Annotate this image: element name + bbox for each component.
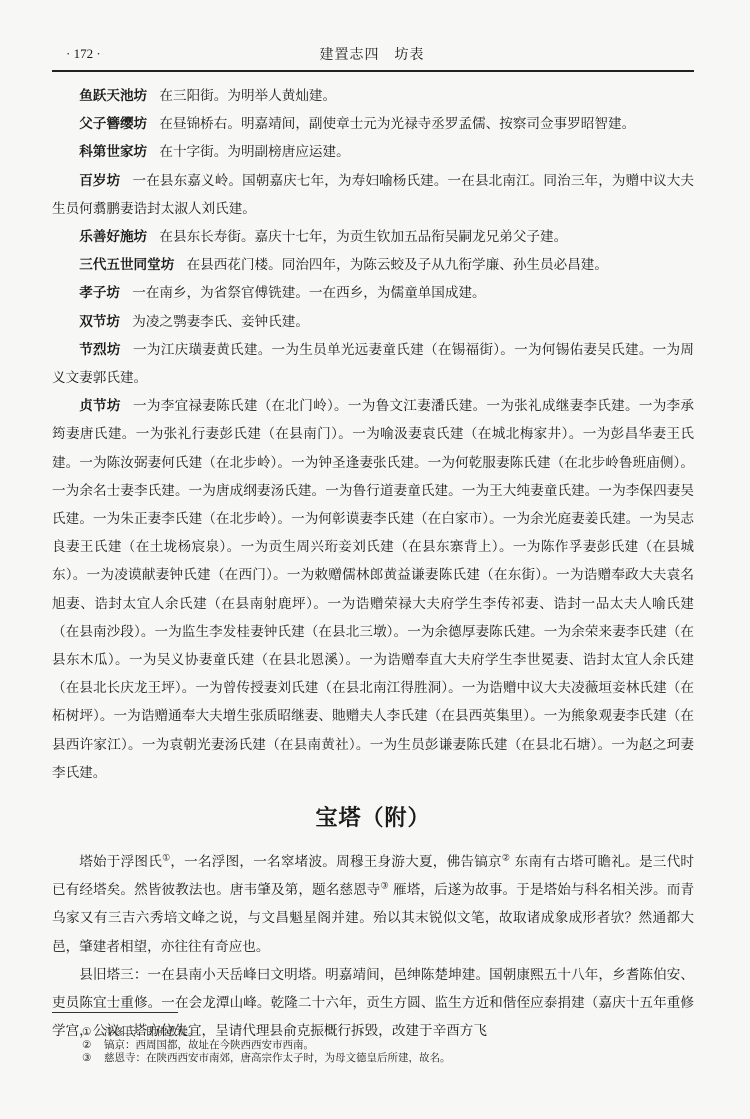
paragraph-text: ，一名浮图，一名窣堵波。周穆王身游大夏，佛告镐京 <box>170 854 501 870</box>
footnote-reference: ② <box>502 854 510 864</box>
running-title: 建置志四 坊表 <box>52 44 692 64</box>
footnote-text: 慈恩寺：在陕西西安市南郊，唐高宗作太子时，为母文德皇后所建，故名。 <box>104 1052 451 1065</box>
entry: 乐善好施坊在县东长寿街。嘉庆十七年，为贡生钦加五品衔吴嗣龙兄弟父子建。 <box>52 223 694 251</box>
entry: 双节坊为凌之鹗妻李氏、妾钟氏建。 <box>52 308 694 336</box>
footnote-rule <box>52 1012 178 1013</box>
entry-text: 一为李宜禄妻陈氏建（在北门岭）。一为鲁文江妻潘氏建。一为张礼成继妻李氏建。一为李… <box>52 398 694 781</box>
entry: 节烈坊一为江庆璜妻黄氏建。一为生员单光远妻童氏建（在锡福街）。一为何锡佑妻吴氏建… <box>52 336 694 392</box>
entry-text: 一在南乡，为省祭官傅铣建。一在西乡，为儒童单国成建。 <box>132 285 485 301</box>
entry-text: 一在县东嘉义岭。国朝嘉庆七年，为寿妇喻杨氏建。一在县北南江。同治三年，为赠中议大… <box>52 173 694 217</box>
footnote-text: 浮图氏：即佛教徒。 <box>104 1026 199 1039</box>
entry-term: 鱼跃天池坊 <box>79 88 147 104</box>
entry-text: 一为江庆璜妻黄氏建。一为生员单光远妻童氏建（在锡福街）。一为何锡佑妻吴氏建。一为… <box>52 342 694 386</box>
entry-term: 乐善好施坊 <box>79 229 147 245</box>
entry: 父子簪缨坊在昼锦桥右。明嘉靖间，副使章士元为光禄寺丞罗孟儒、按察司佥事罗昭智建。 <box>52 110 694 138</box>
footnote-mark: ① <box>82 1026 104 1039</box>
footnote: ③慈恩寺：在陕西西安市南郊，唐高宗作太子时，为母文德皇后所建，故名。 <box>82 1052 642 1065</box>
entry-list: 鱼跃天池坊在三阳街。为明举人黄灿建。 父子簪缨坊在昼锦桥右。明嘉靖间，副使章士元… <box>52 82 694 787</box>
entry: 科第世家坊在十字街。为明副榜唐应运建。 <box>52 138 694 166</box>
entry-term: 孝子坊 <box>79 285 120 301</box>
entry: 鱼跃天池坊在三阳街。为明举人黄灿建。 <box>52 82 694 110</box>
footnote: ②镐京：西周国都，故址在今陕西西安市西南。 <box>82 1039 642 1052</box>
entry-text: 在县西花门楼。同治四年，为陈云蛟及子从九衔学廉、孙生员必昌建。 <box>187 257 608 273</box>
entry-text: 为凌之鹗妻李氏、妾钟氏建。 <box>132 314 309 330</box>
entry-term: 三代五世同堂坊 <box>79 257 174 273</box>
footnotes: ①浮图氏：即佛教徒。 ②镐京：西周国都，故址在今陕西西安市西南。 ③慈恩寺：在陕… <box>82 1026 642 1065</box>
paragraph-text: 塔始于浮图氏 <box>79 854 162 870</box>
entry-text: 在县东长寿街。嘉庆十七年，为贡生钦加五品衔吴嗣龙兄弟父子建。 <box>159 229 567 245</box>
entry-term: 百岁坊 <box>79 173 120 189</box>
entry: 孝子坊一在南乡，为省祭官傅铣建。一在西乡，为儒童单国成建。 <box>52 279 694 307</box>
entry-text: 在三阳街。为明举人黄灿建。 <box>159 88 336 104</box>
footnote-mark: ③ <box>82 1052 104 1065</box>
entry-term: 父子簪缨坊 <box>79 116 147 132</box>
entry-term: 双节坊 <box>79 314 120 330</box>
entry-text: 在昼锦桥右。明嘉靖间，副使章士元为光禄寺丞罗孟儒、按察司佥事罗昭智建。 <box>159 116 635 132</box>
footnote-reference: ③ <box>380 882 388 892</box>
entry: 三代五世同堂坊在县西花门楼。同治四年，为陈云蛟及子从九衔学廉、孙生员必昌建。 <box>52 251 694 279</box>
section-title: 宝塔（附） <box>52 801 694 832</box>
entry: 百岁坊一在县东嘉义岭。国朝嘉庆七年，为寿妇喻杨氏建。一在县北南江。同治三年，为赠… <box>52 167 694 223</box>
footnote: ①浮图氏：即佛教徒。 <box>82 1026 642 1039</box>
footnote-mark: ② <box>82 1039 104 1052</box>
entry-term: 科第世家坊 <box>79 144 147 160</box>
entry: 贞节坊一为李宜禄妻陈氏建（在北门岭）。一为鲁文江妻潘氏建。一为张礼成继妻李氏建。… <box>52 392 694 787</box>
footnote-text: 镐京：西周国都，故址在今陕西西安市西南。 <box>104 1039 314 1052</box>
document-page: · 172 · 建置志四 坊表 鱼跃天池坊在三阳街。为明举人黄灿建。 父子簪缨坊… <box>0 0 750 1119</box>
section-paragraph: 塔始于浮图氏①，一名浮图，一名窣堵波。周穆王身游大夏，佛告镐京② 东南有古塔可瞻… <box>52 848 694 961</box>
page-header: · 172 · 建置志四 坊表 <box>52 40 692 66</box>
entry-text: 在十字街。为明副榜唐应运建。 <box>159 144 349 160</box>
entry-term: 节烈坊 <box>79 342 121 358</box>
page-body: 鱼跃天池坊在三阳街。为明举人黄灿建。 父子簪缨坊在昼锦桥右。明嘉靖间，副使章士元… <box>52 82 694 1046</box>
header-rule <box>52 70 694 72</box>
entry-term: 贞节坊 <box>79 398 121 414</box>
